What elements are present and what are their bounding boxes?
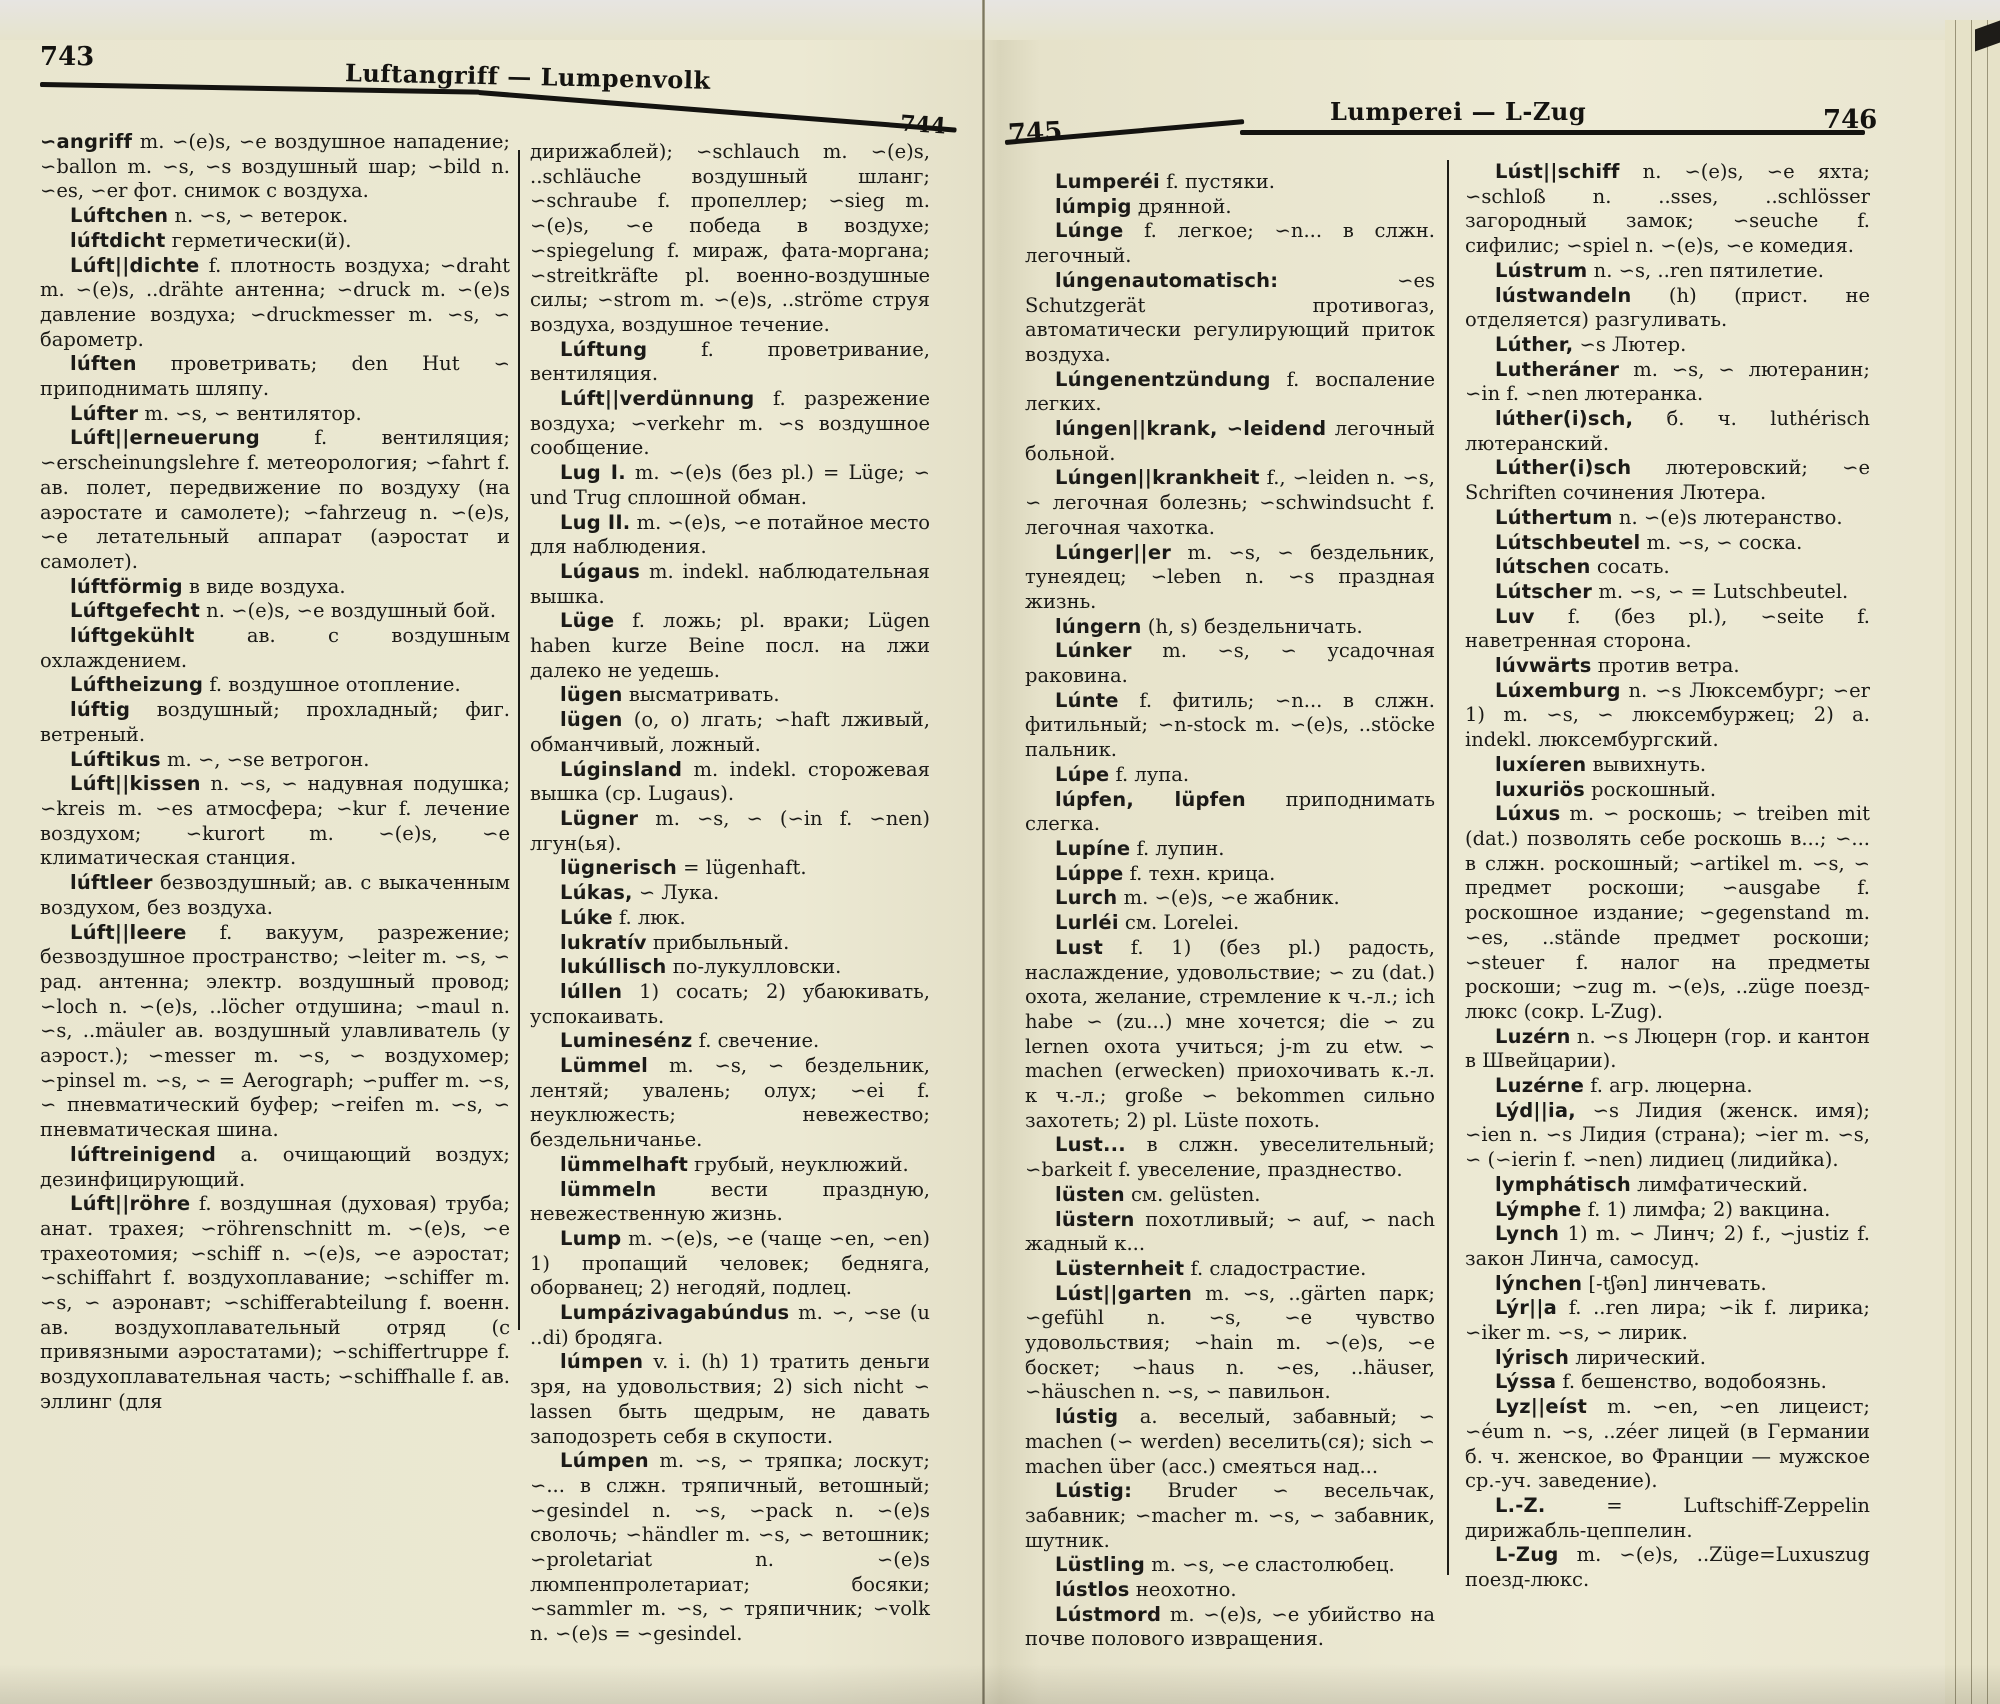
definition-text: (h, s) бездельничать. — [1142, 615, 1363, 638]
dictionary-entry: ∽angriff m. ∽(e)s, ∽e воздушное нападени… — [40, 130, 510, 204]
dictionary-entry: Lýmphe f. 1) лимфа; 2) вакцина. — [1465, 1198, 1870, 1223]
headword: lümmelhaft — [560, 1153, 688, 1176]
dictionary-entry: Lúft||dichte f. плотность воздуха; ∽drah… — [40, 254, 510, 353]
headword: lümmeln — [560, 1178, 656, 1201]
dictionary-entry: lümmeln вести праздную, невежественную ж… — [530, 1178, 930, 1227]
headword: lukúllisch — [560, 955, 667, 978]
headword: lústig — [1055, 1405, 1118, 1428]
definition-text: m. ∽s, ∽ вентилятор. — [138, 402, 362, 425]
definition-text: грубый, неуклюжий. — [688, 1153, 909, 1176]
headword: Lúppe — [1055, 862, 1123, 885]
headword: Lúft||röhre — [70, 1192, 190, 1215]
headword: Lurch — [1055, 886, 1117, 909]
headword: Lúgaus — [560, 560, 640, 583]
dictionary-entry: Lüsternheit f. сладострастие. — [1025, 1257, 1435, 1282]
headword: Lúngenentzündung — [1055, 368, 1271, 391]
header-rule-curve — [478, 90, 957, 133]
dictionary-entry: Lústmord m. ∽(e)s, ∽e убийство на почве … — [1025, 1603, 1435, 1652]
headword: Lümmel — [560, 1054, 648, 1077]
dictionary-entry: Lug II. m. ∽(e)s, ∽e потайное место для … — [530, 511, 930, 560]
headword: Lúft||kissen — [70, 772, 201, 795]
headword: Lupíne — [1055, 837, 1130, 860]
definition-text: m. ∽s, ∽ тряпка; лоскут; ∽... в слжн. тр… — [530, 1449, 930, 1645]
headword: Lútschbeutel — [1495, 531, 1640, 554]
definition-text: f. лупин. — [1130, 837, 1224, 860]
dictionary-entry: lúngen||krank, ∽leidend легочный больной… — [1025, 417, 1435, 466]
headword: lútschen — [1495, 555, 1591, 578]
definition-text: f. воздушное отопление. — [203, 673, 460, 696]
headword: Lúkas, — [560, 881, 633, 904]
headword: Lug II. — [560, 511, 630, 534]
definition-text: = lügenhaft. — [677, 856, 807, 879]
dictionary-entry: Lúftchen n. ∽s, ∽ ветерок. — [40, 204, 510, 229]
definition-text: по-лукулловски. — [667, 955, 842, 978]
definition-text: роскошный. — [1585, 778, 1716, 801]
headword: lúpfen, lüpfen — [1055, 788, 1246, 811]
dictionary-entry: Lúkas, ∽ Лука. — [530, 881, 930, 906]
definition-text: m. ∽s, ∽ соска. — [1640, 531, 1802, 554]
dictionary-entry: Lúft||röhre f. воздушная (духовая) труба… — [40, 1192, 510, 1414]
definition-text: дирижаблей); ∽schlauch m. ∽(e)s, ..schlä… — [530, 140, 930, 336]
definition-text: f. свечение. — [692, 1029, 819, 1052]
dictionary-entry: lügnerisch = lügenhaft. — [530, 856, 930, 881]
dictionary-entry: Lupíne f. лупин. — [1025, 837, 1435, 862]
definition-text: f. 1) лимфа; 2) вакцина. — [1581, 1198, 1830, 1221]
headword: Lúnge — [1055, 219, 1123, 242]
headword: lúften — [70, 352, 137, 375]
definition-text: вывихнуть. — [1586, 753, 1706, 776]
dictionary-entry: Luv f. (без pl.), ∽seite f. наветренная … — [1465, 605, 1870, 654]
dictionary-entry: Lúxemburg n. ∽s Люксембург; ∽er 1) m. ∽s… — [1465, 679, 1870, 753]
headword: L.-Z. — [1495, 1494, 1545, 1517]
dictionary-entry: Lúnger||er m. ∽s, ∽ бездельник, тунеядец… — [1025, 541, 1435, 615]
definition-text: лимфатический. — [1631, 1173, 1808, 1196]
headword: Lúftheizung — [70, 673, 203, 696]
dictionary-entry: Lúft||leere f. вакуум, разрежение; безво… — [40, 921, 510, 1143]
definition-text: дрянной. — [1132, 195, 1232, 218]
dictionary-entry: lúpfen, lüpfen приподнимать слегка. — [1025, 788, 1435, 837]
dictionary-entry: luxuriös роскошный. — [1465, 778, 1870, 803]
dictionary-entry: Lúthertum n. ∽(e)s лютеранство. — [1465, 506, 1870, 531]
headword: Lumpázivagabúndus — [560, 1301, 789, 1324]
dictionary-entry: дирижаблей); ∽schlauch m. ∽(e)s, ..schlä… — [530, 140, 930, 338]
headword: Lýd||ia, — [1495, 1099, 1576, 1122]
definition-text: прибыльный. — [647, 931, 790, 954]
headword: lúngen||krank, ∽leidend — [1055, 417, 1326, 440]
headword: lústwandeln — [1495, 284, 1632, 307]
dictionary-entry: Lutheráner m. ∽s, ∽ лютеранин; ∽in f. ∽n… — [1465, 358, 1870, 407]
headword: Lutheráner — [1495, 358, 1619, 381]
open-dictionary-book: 743 Luftangriff — Lumpenvolk 744 ∽angrif… — [0, 0, 2000, 1704]
headword: Lústig: — [1055, 1479, 1132, 1502]
page-number: 745 — [1007, 117, 1063, 150]
dictionary-entry: Lýr||a f. ..ren лира; ∽ik f. лирика; ∽ik… — [1465, 1296, 1870, 1345]
dictionary-entry: luxíeren вывихнуть. — [1465, 753, 1870, 778]
headword: lúftleer — [70, 871, 153, 894]
dictionary-entry: Lúther, ∽s Лютер. — [1465, 333, 1870, 358]
dictionary-entry: lüstern похотливый; ∽ auf, ∽ nach жадный… — [1025, 1208, 1435, 1257]
headword: Lúther, — [1495, 333, 1573, 356]
headword: luxuriös — [1495, 778, 1585, 801]
dictionary-entry: L-Zug m. ∽(e)s, ..Züge=Luxuszug поезд-лю… — [1465, 1543, 1870, 1592]
dictionary-entry: Lug I. m. ∽(e)s (без pl.) = Lüge; ∽ und … — [530, 461, 930, 510]
definition-text: f. техн. крица. — [1123, 862, 1275, 885]
dictionary-entry: lúllen 1) сосать; 2) убаюкивать, успокаи… — [530, 980, 930, 1029]
dictionary-entry: Lust... в слжн. увеселительный; ∽barkeit… — [1025, 1133, 1435, 1182]
bottom-shadow — [0, 1664, 2000, 1704]
dictionary-column: Lumperéi f. пустяки.lúmpig дрянной.Lúnge… — [1025, 170, 1435, 1652]
headword: lúmpig — [1055, 195, 1132, 218]
headword: Lust — [1055, 936, 1103, 959]
headword: lúftdicht — [70, 229, 166, 252]
dictionary-entry: lúngern (h, s) бездельничать. — [1025, 615, 1435, 640]
dictionary-entry: lúftig воздушный; прохладный; фиг. ветре… — [40, 698, 510, 747]
headword: Lúnger||er — [1055, 541, 1171, 564]
headword: Luzérne — [1495, 1074, 1584, 1097]
headword: lymphátisch — [1495, 1173, 1631, 1196]
dictionary-entry: lymphátisch лимфатический. — [1465, 1173, 1870, 1198]
dictionary-entry: lúther(i)sch, б. ч. luthérisch лютеранск… — [1465, 407, 1870, 456]
headword: Lúftung — [560, 338, 647, 361]
dictionary-entry: Luzérne f. агр. люцерна. — [1465, 1074, 1870, 1099]
dictionary-entry: lústlos неохотно. — [1025, 1578, 1435, 1603]
dictionary-entry: lukúllisch по-лукулловски. — [530, 955, 930, 980]
definition-text: f. 1) (без pl.) радость, наслаждение, уд… — [1025, 936, 1435, 1132]
headword: lügen — [560, 683, 623, 706]
dictionary-entry: Lúfter m. ∽s, ∽ вентилятор. — [40, 402, 510, 427]
headword: lúther(i)sch, — [1495, 407, 1633, 430]
headword: Lúthertum — [1495, 506, 1613, 529]
definition-text: n. ∽(e)s лютеранство. — [1613, 506, 1843, 529]
definition-text: см. Lorelei. — [1119, 911, 1239, 934]
dictionary-entry: Lúst||schiff n. ∽(e)s, ∽e яхта; ∽schloß … — [1465, 160, 1870, 259]
definition-text: герметически(й). — [166, 229, 352, 252]
headword: Lúft||dichte — [70, 254, 199, 277]
dictionary-entry: Lúftung f. проветривание, вентиляция. — [530, 338, 930, 387]
headword: lúmpen — [560, 1350, 643, 1373]
headword: Lúginsland — [560, 758, 682, 781]
headword: Lúxemburg — [1495, 679, 1621, 702]
definition-text: неохотно. — [1130, 1578, 1237, 1601]
definition-text: f. лупа. — [1109, 763, 1189, 786]
headword: Lúpe — [1055, 763, 1109, 786]
dictionary-entry: lúftförmig в виде воздуха. — [40, 575, 510, 600]
headword: Lynch — [1495, 1222, 1559, 1245]
definition-text: f. агр. люцерна. — [1584, 1074, 1753, 1097]
definition-text: n. ∽(e)s, ∽e воздушный бой. — [200, 599, 496, 622]
headword: lügen — [560, 708, 623, 731]
dictionary-entry: Lúpe f. лупа. — [1025, 763, 1435, 788]
dictionary-entry: Lúst||garten m. ∽s, ..gärten парк; ∽gefü… — [1025, 1282, 1435, 1406]
dictionary-entry: Lúke f. люк. — [530, 906, 930, 931]
dictionary-entry: lútschen сосать. — [1465, 555, 1870, 580]
dictionary-entry: lúftleer безвоздушный; ав. с выкаченным … — [40, 871, 510, 920]
headword: Lúft||verdünnung — [560, 387, 754, 410]
dictionary-entry: Lúngenentzündung f. воспаление легких. — [1025, 368, 1435, 417]
dictionary-entry: lúftreinigend a. очищающий воздух; дезин… — [40, 1143, 510, 1192]
dictionary-entry: lúmpig дрянной. — [1025, 195, 1435, 220]
dictionary-entry: Lústig: Bruder ∽ весельчак, забавник; ∽m… — [1025, 1479, 1435, 1553]
headword: Lúngen||krankheit — [1055, 466, 1260, 489]
dictionary-entry: Lúftheizung f. воздушное отопление. — [40, 673, 510, 698]
headword: Lüstling — [1055, 1553, 1145, 1576]
headword: ∽angriff — [40, 130, 132, 153]
headword: Lýr||a — [1495, 1296, 1557, 1319]
dictionary-entry: lústig a. веселый, забавный; ∽ machen (∽… — [1025, 1405, 1435, 1479]
definition-text: n. ∽s, ∽ ветерок. — [168, 204, 348, 227]
headword: Lust... — [1055, 1133, 1126, 1156]
headword: Lüge — [560, 609, 614, 632]
dictionary-entry: Lust f. 1) (без pl.) радость, наслаждени… — [1025, 936, 1435, 1134]
dictionary-entry: lýrisch лирический. — [1465, 1346, 1870, 1371]
headword: Lúxus — [1495, 802, 1560, 825]
page-edges — [1945, 20, 2000, 1704]
definition-text: f. вакуум, разрежение; безвоздушное прос… — [40, 921, 510, 1142]
definition-text: в виде воздуха. — [183, 575, 346, 598]
headword: lúftförmig — [70, 575, 183, 598]
dictionary-entry: Lügner m. ∽s, ∽ (∽in f. ∽nen) лгун(ья). — [530, 807, 930, 856]
headword: lüstern — [1055, 1208, 1135, 1231]
dictionary-entry: Lúft||verdünnung f. разрежение воздуха; … — [530, 387, 930, 461]
headword: Lüsternheit — [1055, 1257, 1184, 1280]
dictionary-entry: Luminesénz f. свечение. — [530, 1029, 930, 1054]
dictionary-entry: Lúgaus m. indekl. наблюдательная вышка. — [530, 560, 930, 609]
dictionary-entry: lýnchen [-tʃən] линчевать. — [1465, 1272, 1870, 1297]
definition-text: [-tʃən] линчевать. — [1582, 1272, 1766, 1295]
dictionary-entry: lúmpen v. i. (h) 1) тратить деньги зря, … — [530, 1350, 930, 1449]
definition-text: m. ∽s, ∽e сластолюбец. — [1145, 1553, 1395, 1576]
headword: Luv — [1495, 605, 1535, 628]
definition-text: ∽s Лютер. — [1573, 333, 1686, 356]
dictionary-entry: Lýd||ia, ∽s Лидия (женск. имя); ∽ien n. … — [1465, 1099, 1870, 1173]
definition-text: m. ∽(e)s, ∽e жабник. — [1117, 886, 1339, 909]
page-number: 743 — [40, 42, 94, 72]
dictionary-entry: Lúginsland m. indekl. сторожевая вышка (… — [530, 758, 930, 807]
definition-text: f. бешенство, водобоязнь. — [1556, 1370, 1827, 1393]
dictionary-entry: L.-Z. = Luftschiff-Zeppelin дирижабль-це… — [1465, 1494, 1870, 1543]
dictionary-entry: Lúxus m. ∽ роскошь; ∽ treiben mit (dat.)… — [1465, 802, 1870, 1024]
headword: lúvwärts — [1495, 654, 1592, 677]
headword: Lügner — [560, 807, 638, 830]
definition-text: f. пустяки. — [1160, 170, 1275, 193]
headword: lukratív — [560, 931, 647, 954]
dictionary-entry: lústwandeln (h) (прист. не отделяется) р… — [1465, 284, 1870, 333]
headword: Lúftchen — [70, 204, 168, 227]
headword: Lústmord — [1055, 1603, 1161, 1626]
headword: Lúther(i)sch — [1495, 456, 1631, 479]
dictionary-entry: Lúft||erneuerung f. вентиляция; ∽erschei… — [40, 426, 510, 574]
dictionary-entry: Lurch m. ∽(e)s, ∽e жабник. — [1025, 886, 1435, 911]
headword: Lústrum — [1495, 259, 1587, 282]
dictionary-entry: lúften проветривать; den Hut ∽ приподним… — [40, 352, 510, 401]
right-page: 745 Lumperei — L-Zug 746 Lumperéi f. пус… — [985, 0, 1885, 1704]
headword: Luminesénz — [560, 1029, 692, 1052]
dictionary-entry: lügen высматривать. — [530, 683, 930, 708]
dictionary-entry: Lüge f. ложь; pl. враки; Lügen haben kur… — [530, 609, 930, 683]
dictionary-entry: Lútscher m. ∽s, ∽ = Lutschbeutel. — [1465, 580, 1870, 605]
dictionary-entry: Lumpázivagabúndus m. ∽, ∽se (u ..di) бро… — [530, 1301, 930, 1350]
header-rule — [1240, 130, 1865, 135]
headword: Lúnker — [1055, 639, 1132, 662]
headword: L-Zug — [1495, 1543, 1559, 1566]
definition-text: сосать. — [1591, 555, 1670, 578]
dictionary-entry: Lúther(i)sch лютеровский; ∽e Schriften с… — [1465, 456, 1870, 505]
headword: Lug I. — [560, 461, 626, 484]
headword: Lúst||garten — [1055, 1282, 1192, 1305]
running-head: Lumperei — L-Zug — [1330, 97, 1586, 126]
headword: lüsten — [1055, 1183, 1125, 1206]
dictionary-entry: Lumperéi f. пустяки. — [1025, 170, 1435, 195]
headword: Lúft||erneuerung — [70, 426, 260, 449]
headword: lúftig — [70, 698, 130, 721]
dictionary-column: дирижаблей); ∽schlauch m. ∽(e)s, ..schlä… — [530, 140, 930, 1647]
definition-text: f. сладострастие. — [1184, 1257, 1366, 1280]
headword: lúngern — [1055, 615, 1142, 638]
dictionary-entry: lügen (o, o) лгать; ∽haft лживый, обманч… — [530, 708, 930, 757]
column-divider — [1447, 160, 1449, 1575]
headword: Lúmpen — [560, 1449, 649, 1472]
headword: lústlos — [1055, 1578, 1130, 1601]
dictionary-entry: Lúnte f. фитиль; ∽n... в слжн. фитильный… — [1025, 689, 1435, 763]
definition-text: высматривать. — [623, 683, 780, 706]
headword: Lýmphe — [1495, 1198, 1581, 1221]
definition-text: m. ∽s, ∽ = Lutschbeutel. — [1592, 580, 1848, 603]
headword: Lúftgefecht — [70, 599, 200, 622]
headword: Lýssa — [1495, 1370, 1556, 1393]
headword: lúftreinigend — [70, 1143, 216, 1166]
dictionary-entry: Lúmpen m. ∽s, ∽ тряпка; лоскут; ∽... в с… — [530, 1449, 930, 1647]
dictionary-entry: lukratív прибыльный. — [530, 931, 930, 956]
dictionary-entry: Lüstling m. ∽s, ∽e сластолюбец. — [1025, 1553, 1435, 1578]
headword: Lumperéi — [1055, 170, 1160, 193]
dictionary-entry: lúftgekühlt ав. с воздушным охлаждением. — [40, 624, 510, 673]
dictionary-entry: Lümmel m. ∽s, ∽ бездельник, лентяй; увал… — [530, 1054, 930, 1153]
definition-text: n. ∽s, ..ren пятилетие. — [1587, 259, 1823, 282]
dictionary-entry: Lúngen||krankheit f., ∽leiden n. ∽s, ∽ л… — [1025, 466, 1435, 540]
definition-text: лирический. — [1569, 1346, 1706, 1369]
headword: luxíeren — [1495, 753, 1586, 776]
dictionary-entry: lüsten см. gelüsten. — [1025, 1183, 1435, 1208]
definition-text: f. воздушная (духовая) труба; анат. трах… — [40, 1192, 510, 1413]
headword: Luzérn — [1495, 1025, 1571, 1048]
headword: Lúst||schiff — [1495, 160, 1620, 183]
headword: Lúfter — [70, 402, 138, 425]
headword: Lúnte — [1055, 689, 1119, 712]
dictionary-entry: Lyz||eíst m. ∽en, ∽en лицеист; ∽éum n. ∽… — [1465, 1395, 1870, 1494]
definition-text: m. ∽, ∽se ветрогон. — [161, 748, 370, 771]
definition-text: см. gelüsten. — [1125, 1183, 1261, 1206]
dictionary-entry: lúngenautomatisch: ∽es Schutzgerät проти… — [1025, 269, 1435, 368]
dictionary-entry: Lúftikus m. ∽, ∽se ветрогон. — [40, 748, 510, 773]
headword: Lump — [560, 1227, 621, 1250]
headword: Lyz||eíst — [1495, 1395, 1587, 1418]
headword: Lútscher — [1495, 580, 1592, 603]
dictionary-entry: Lúppe f. техн. крица. — [1025, 862, 1435, 887]
dictionary-column: Lúst||schiff n. ∽(e)s, ∽e яхта; ∽schloß … — [1465, 160, 1870, 1593]
dictionary-entry: Lústrum n. ∽s, ..ren пятилетие. — [1465, 259, 1870, 284]
headword: Lurléi — [1055, 911, 1119, 934]
dictionary-entry: Lynch 1) m. ∽ Линч; 2) f., ∽justiz f. за… — [1465, 1222, 1870, 1271]
definition-text: m. ∽ роскошь; ∽ treiben mit (dat.) позво… — [1465, 802, 1870, 1023]
dictionary-column: ∽angriff m. ∽(e)s, ∽e воздушное нападени… — [40, 130, 510, 1415]
headword: Lúke — [560, 906, 613, 929]
headword: lýnchen — [1495, 1272, 1582, 1295]
headword: lýrisch — [1495, 1346, 1569, 1369]
headword: lúllen — [560, 980, 622, 1003]
dictionary-entry: Lúft||kissen n. ∽s, ∽ надувная подушка; … — [40, 772, 510, 871]
definition-text: ∽ Лука. — [633, 881, 720, 904]
definition-text: f. люк. — [613, 906, 686, 929]
headword: lúftgekühlt — [70, 624, 195, 647]
headword: Lúft||leere — [70, 921, 187, 944]
dictionary-entry: Luzérn n. ∽s Люцерн (гор. и кантон в Шве… — [1465, 1025, 1870, 1074]
dictionary-entry: Lurléi см. Lorelei. — [1025, 911, 1435, 936]
headword: lügnerisch — [560, 856, 677, 879]
dictionary-entry: lúftdicht герметически(й). — [40, 229, 510, 254]
dictionary-entry: lümmelhaft грубый, неуклюжий. — [530, 1153, 930, 1178]
dictionary-entry: Lútschbeutel m. ∽s, ∽ соска. — [1465, 531, 1870, 556]
definition-text: против ветра. — [1592, 654, 1740, 677]
dictionary-entry: Lúnge f. легкое; ∽n... в слжн. легочный. — [1025, 219, 1435, 268]
headword: Lúftikus — [70, 748, 161, 771]
left-page: 743 Luftangriff — Lumpenvolk 744 ∽angrif… — [0, 0, 985, 1704]
headword: lúngenautomatisch: — [1055, 269, 1278, 292]
column-divider — [518, 150, 520, 1330]
dictionary-entry: Lýssa f. бешенство, водобоязнь. — [1465, 1370, 1870, 1395]
dictionary-entry: Lump m. ∽(e)s, ∽e (чаще ∽en, ∽en) 1) про… — [530, 1227, 930, 1301]
dictionary-entry: Lúftgefecht n. ∽(e)s, ∽e воздушный бой. — [40, 599, 510, 624]
dictionary-entry: Lúnker m. ∽s, ∽ усадочная раковина. — [1025, 639, 1435, 688]
dictionary-entry: lúvwärts против ветра. — [1465, 654, 1870, 679]
